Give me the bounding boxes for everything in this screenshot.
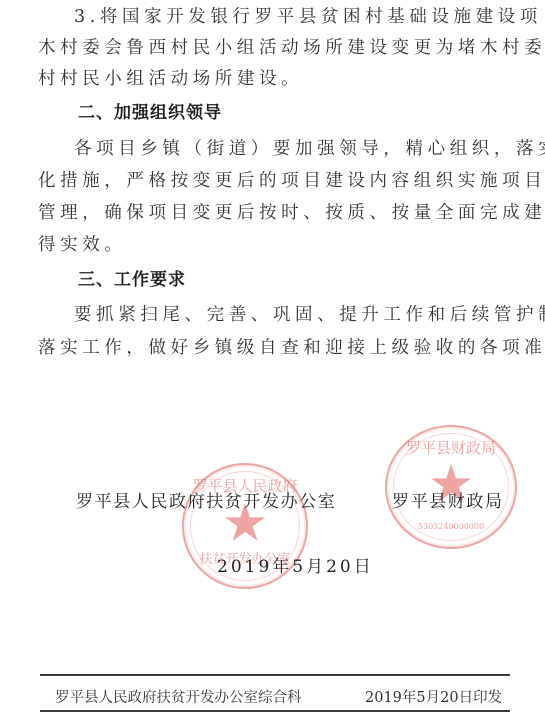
paragraph-line: 化措施，严格按变更后的项目建设内容组织实施项目，加强资金 bbox=[38, 169, 514, 193]
paragraph-line: 得实效。 bbox=[38, 233, 514, 257]
paragraph-line: 各项目乡镇（街道）要加强领导，精心组织，落实责任，强 bbox=[74, 137, 545, 161]
paragraph-line: 3.将国家开发银行罗平县贫困村基础设施建设项目中堵 bbox=[74, 5, 545, 29]
paragraph-line: 要抓紧扫尾、完善、巩固、提升工作和后续管护制度的制订 bbox=[74, 303, 545, 327]
section-heading-organization: 二、加强组织领导 bbox=[78, 101, 222, 125]
paragraph-line: 木村委会鲁西村民小组活动场所建设变更为堵木村委会素嘎 bbox=[38, 36, 514, 60]
section-heading-requirements: 三、工作要求 bbox=[78, 268, 186, 292]
paragraph-line: 管理，确保项目变更后按时、按质、按量全面完成建设任务，取 bbox=[38, 201, 514, 225]
signature-poverty-office: 罗平县人民政府扶贫开发办公室 bbox=[76, 487, 336, 512]
footer-top-rule bbox=[40, 674, 510, 676]
footer-issuer: 罗平县人民政府扶贫开发办公室综合科 bbox=[55, 686, 302, 707]
paragraph-line: 村村民小组活动场所建设。 bbox=[38, 67, 514, 91]
paragraph-line: 落实工作，做好乡镇级自查和迎接上级验收的各项准备工作。 bbox=[38, 336, 514, 360]
signature-date: 2019年5月20日 bbox=[217, 552, 374, 577]
signature-finance-bureau: 罗平县财政局 bbox=[392, 487, 504, 512]
footer-bottom-rule bbox=[40, 710, 510, 712]
seal-bottom-text: 5303240000000 bbox=[387, 522, 515, 531]
footer-issue-date: 2019年5月20日印发 bbox=[365, 686, 502, 707]
